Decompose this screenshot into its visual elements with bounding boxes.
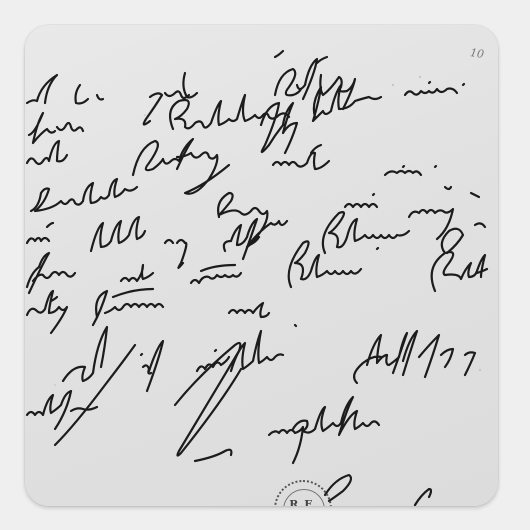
page-number: 10 [469, 46, 485, 61]
letter-line: und bitte ich diese kleinere [25, 221, 498, 243]
stamp-text: R.F. [276, 498, 330, 506]
letter-line: für die zweite Auflage meiner [25, 73, 498, 95]
letter-line: Format und etwas kleinere Schrift [25, 261, 498, 283]
letter-line: nebst Anfang und ein [25, 143, 498, 165]
letter-line: dazu genommen werde. [25, 293, 498, 315]
letter-line: Louisdorpro Bogen, wie gewöhnl. [25, 185, 498, 207]
letter-line: Der ich mit aller Hochschätzung [25, 351, 498, 373]
letter-line: Ihr ergebenster [25, 435, 498, 457]
letter-line: verharre [25, 391, 498, 413]
letter-line: Fürsts. Rebellionsgeschichte [25, 107, 498, 129]
letter-sticker: 10 für die zweite Auflage meiner Fürsts.… [25, 25, 498, 506]
